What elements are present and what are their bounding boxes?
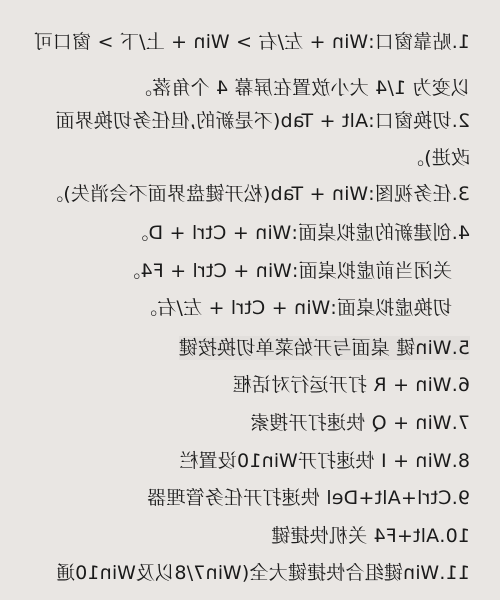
text-line-2: 以变为 1/4 大小放置在屏幕 4 个角落。: [133, 76, 470, 100]
text-line-14: 10.Alt+F4 关机快捷键: [271, 524, 470, 548]
text-line-8: 切换虚拟桌面:Win + Ctrl + 左/右。: [138, 296, 452, 320]
text-line-1: 1.贴靠窗口:Win + 左/右 > Win + 上/下 > 窗口可: [33, 30, 470, 54]
mirrored-document-page: 1.贴靠窗口:Win + 左/右 > Win + 上/下 > 窗口可 以变为 1…: [0, 0, 500, 600]
text-line-11: 7.Win + Q 快速打开搜索: [250, 411, 470, 435]
text-line-3: 2.切换窗口:Alt + Tab(不是新的,但任务切换界面: [55, 109, 470, 133]
text-line-5: 3.任务视图:Win + Tab(松开键盘界面不会消失)。: [44, 182, 470, 206]
text-line-12: 8.Win + I 快速打开Win10设置栏: [179, 449, 470, 473]
text-line-15: 11.Win键组合快捷键大全(Win7/8以及Win10通: [56, 561, 470, 585]
text-line-10: 6.Win + R 打开运行对话框: [233, 373, 470, 397]
text-line-7: 关闭当前虚拟桌面:Win + Ctrl + F4。: [121, 259, 452, 283]
text-line-13: 9.Ctrl+Alt+Del 快速打开任务管理器: [147, 486, 470, 510]
text-line-4: 改进)。: [405, 146, 470, 170]
text-line-6: 4.创建新的虚拟桌面:Win + Ctrl + D。: [129, 221, 470, 245]
text-line-9: 5.Win键 桌面与开始菜单切换按键: [179, 336, 470, 360]
